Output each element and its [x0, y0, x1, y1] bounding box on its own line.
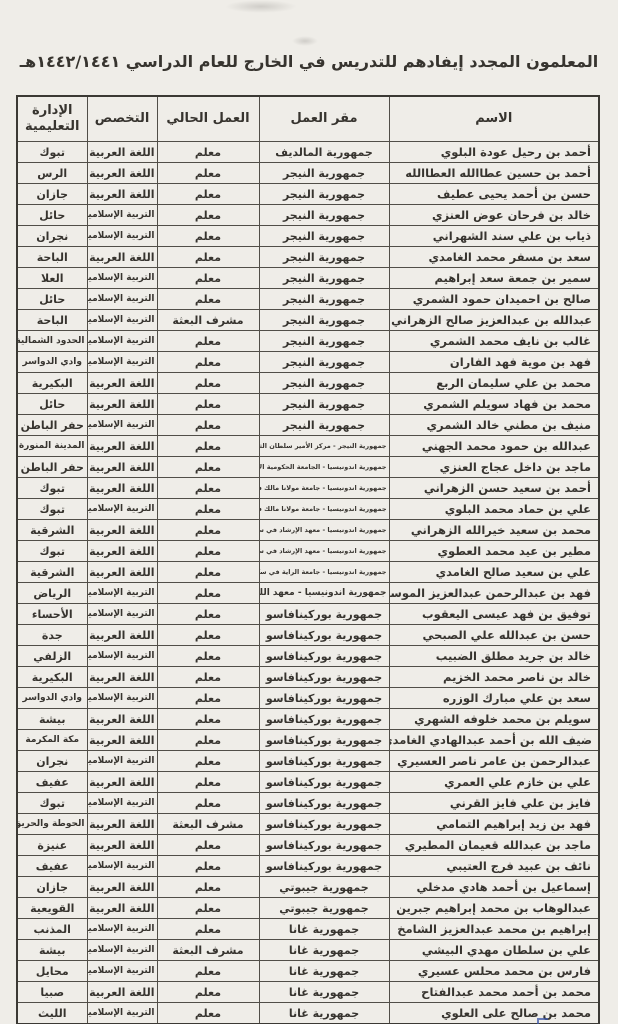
table-row: فهد بن موية فهد الفارانجمهورية النيجرمعل… [17, 352, 599, 373]
cell-edu-admin: المدينة المنورة [17, 436, 87, 457]
cell-name: سمير بن جمعة سعد إبراهيم [389, 268, 599, 289]
cell-specialization: اللغة العربية [87, 982, 157, 1003]
cell-name: سعد بن مسفر محمد الغامدي [389, 247, 599, 268]
cell-current-job: معلم [157, 415, 259, 436]
cell-name: عبدالله بن حمود محمد الجهني [389, 436, 599, 457]
cell-name: عبدالله بن عبدالعزيز صالح الزهراني [389, 310, 599, 331]
cell-edu-admin: وادي الدواسر [17, 688, 87, 709]
cell-name: ماجد بن داخل عجاج العنزي [389, 457, 599, 478]
cell-current-job: مشرف البعثة [157, 310, 259, 331]
table-row: خالد بن ناصر محمد الخزيمجمهورية بوركيناف… [17, 667, 599, 688]
scanned-document-page: { "page": { "title": "المعلمون المجدد إي… [0, 0, 618, 1024]
cell-current-job: معلم [157, 352, 259, 373]
cell-work-location: جمهورية النيجر [259, 184, 389, 205]
cell-work-location: جمهورية بوركينافاسو [259, 835, 389, 856]
cell-edu-admin: نجران [17, 226, 87, 247]
cell-name: فايز بن علي فايز القرني [389, 793, 599, 814]
cell-edu-admin: محايل [17, 961, 87, 982]
teachers-abroad-table: الاسم مقر العمل العمل الحالي التخصص الإد… [16, 95, 600, 1024]
cell-name: عبدالوهاب بن محمد إبراهيم جبرين [389, 898, 599, 919]
cell-specialization: اللغة العربية [87, 709, 157, 730]
cell-edu-admin: جازان [17, 877, 87, 898]
table-row: مطير بن عيد محمد العطويجمهورية اندونيسيا… [17, 541, 599, 562]
cell-edu-admin: حفر الباطن [17, 415, 87, 436]
cell-work-location: جمهورية اندونيسيا - الجامعة الحكومية الإ… [259, 457, 389, 478]
cell-edu-admin: الأحساء [17, 604, 87, 625]
cell-name: فارس بن محمد محلس عسيري [389, 961, 599, 982]
table-row: علي بن حماد محمد البلويجمهورية اندونيسيا… [17, 499, 599, 520]
cell-edu-admin: جازان [17, 184, 87, 205]
cell-specialization: التربية الإسلامية [87, 604, 157, 625]
table-row: عبدالرحمن بن عامر ناصر العسيريجمهورية بو… [17, 751, 599, 772]
cell-work-location: جمهورية النيجر - مركز الأمير سلطان الثقا… [259, 436, 389, 457]
cell-work-location: جمهورية النيجر [259, 352, 389, 373]
cell-specialization: التربية الإسلامية [87, 583, 157, 604]
cell-current-job: معلم [157, 688, 259, 709]
page-title: المعلمون المجدد إيفادهم للتدريس في الخار… [18, 52, 600, 71]
cell-edu-admin: حفر الباطن [17, 457, 87, 478]
cell-work-location: جمهورية النيجر [259, 310, 389, 331]
cell-specialization: اللغة العربية [87, 394, 157, 415]
table-row: سعد بن علي مبارك الوزرهجمهورية بوركينافا… [17, 688, 599, 709]
cell-edu-admin: تبوك [17, 541, 87, 562]
cell-name: عبدالرحمن بن عامر ناصر العسيري [389, 751, 599, 772]
scan-artifact [292, 36, 318, 46]
cell-work-location: جمهورية النيجر [259, 289, 389, 310]
cell-current-job: معلم [157, 982, 259, 1003]
cell-edu-admin: حائل [17, 394, 87, 415]
cell-work-location: جمهورية النيجر [259, 331, 389, 352]
cell-specialization: التربية الإسلامية [87, 688, 157, 709]
cell-edu-admin: نجران [17, 751, 87, 772]
cell-name: خالد بن ناصر محمد الخزيم [389, 667, 599, 688]
column-header-specialization: التخصص [87, 96, 157, 142]
cell-work-location: جمهورية النيجر [259, 415, 389, 436]
cell-edu-admin: الشرقية [17, 520, 87, 541]
cell-name: أحمد بن حسين عطاالله العطاالله [389, 163, 599, 184]
table-row: توفيق بن فهد عيسى اليعقوبجمهورية بوركينا… [17, 604, 599, 625]
cell-work-location: جمهورية بوركينافاسو [259, 751, 389, 772]
table-row: نائف بن عبيد فرج العتيبيجمهورية بوركيناف… [17, 856, 599, 877]
cell-edu-admin: الرياض [17, 583, 87, 604]
cell-current-job: معلم [157, 562, 259, 583]
cell-work-location: جمهورية بوركينافاسو [259, 688, 389, 709]
table-row: سمير بن جمعة سعد إبراهيمجمهورية النيجرمع… [17, 268, 599, 289]
cell-name: منيف بن مطني خالد الشمري [389, 415, 599, 436]
cell-current-job: معلم [157, 1003, 259, 1024]
column-header-current-job: العمل الحالي [157, 96, 259, 142]
cell-current-job: معلم [157, 289, 259, 310]
cell-work-location: جمهورية غانا [259, 1003, 389, 1024]
table-row: إبراهيم بن محمد عبدالعزيز الشامخجمهورية … [17, 919, 599, 940]
cell-name: محمد بن سعيد خيرالله الزهراني [389, 520, 599, 541]
cell-name: علي بن سعيد صالح الغامدي [389, 562, 599, 583]
cell-current-job: معلم [157, 247, 259, 268]
cell-specialization: التربية الإسلامية [87, 268, 157, 289]
cell-work-location: جمهورية بوركينافاسو [259, 793, 389, 814]
cell-edu-admin: الباحة [17, 310, 87, 331]
cell-edu-admin: مكة المكرمة [17, 730, 87, 751]
cell-specialization: التربية الإسلامية [87, 499, 157, 520]
cell-current-job: معلم [157, 268, 259, 289]
cell-specialization: التربية الإسلامية [87, 856, 157, 877]
cell-edu-admin: صبيا [17, 982, 87, 1003]
cell-name: حسن بن عبدالله علي الصبحي [389, 625, 599, 646]
table-row: محمد بن صالح على العلويجمهورية غانامعلما… [17, 1003, 599, 1024]
table-row: أحمد بن سعيد حسن الزهرانيجمهورية اندونيس… [17, 478, 599, 499]
cell-specialization: اللغة العربية [87, 373, 157, 394]
cell-name: سويلم بن محمد خلوفه الشهري [389, 709, 599, 730]
cell-name: غالب بن نايف محمد الشمري [389, 331, 599, 352]
cell-work-location: جمهورية غانا [259, 961, 389, 982]
table-row: حسن بن أحمد يحيى عطيفجمهورية النيجرمعلما… [17, 184, 599, 205]
cell-edu-admin: الرس [17, 163, 87, 184]
cell-current-job: معلم [157, 793, 259, 814]
column-header-name: الاسم [389, 96, 599, 142]
cell-specialization: التربية الإسلامية [87, 751, 157, 772]
cell-current-job: معلم [157, 730, 259, 751]
cell-name: خالد بن فرحان عوض العنزي [389, 205, 599, 226]
cell-specialization: اللغة العربية [87, 436, 157, 457]
cell-work-location: جمهورية بوركينافاسو [259, 856, 389, 877]
cell-name: محمد بن صالح على العلوي [389, 1003, 599, 1024]
cell-name: خالد بن جريد مطلق الضبيب [389, 646, 599, 667]
table-row: خالد بن فرحان عوض العنزيجمهورية النيجرمع… [17, 205, 599, 226]
table-row: سويلم بن محمد خلوفه الشهريجمهورية بوركين… [17, 709, 599, 730]
cell-specialization: التربية الإسلامية [87, 331, 157, 352]
cell-specialization: التربية الإسلامية [87, 961, 157, 982]
cell-work-location: جمهورية النيجر [259, 205, 389, 226]
cell-work-location: جمهورية النيجر [259, 163, 389, 184]
table-row: فهد بن زيد إبراهيم التماميجمهورية بوركين… [17, 814, 599, 835]
cell-current-job: معلم [157, 835, 259, 856]
cell-current-job: معلم [157, 709, 259, 730]
table-row: ماجد بن عبدالله قعيمان المطيريجمهورية بو… [17, 835, 599, 856]
cell-specialization: اللغة العربية [87, 478, 157, 499]
cell-edu-admin: تبوك [17, 793, 87, 814]
cell-edu-admin: بيشة [17, 709, 87, 730]
table-row: غالب بن نايف محمد الشمريجمهورية النيجرمع… [17, 331, 599, 352]
cell-specialization: اللغة العربية [87, 142, 157, 163]
cell-name: علي بن سلطان مهدي البيشي [389, 940, 599, 961]
cell-edu-admin: العلا [17, 268, 87, 289]
cell-current-job: معلم [157, 898, 259, 919]
table-row: أحمد بن حسين عطاالله العطااللهجمهورية ال… [17, 163, 599, 184]
cell-specialization: اللغة العربية [87, 625, 157, 646]
cell-edu-admin: المذنب [17, 919, 87, 940]
table-row: محمد بن علي سليمان الربعجمهورية النيجرمع… [17, 373, 599, 394]
cell-edu-admin: عفيف [17, 856, 87, 877]
cell-current-job: معلم [157, 163, 259, 184]
cell-specialization: اللغة العربية [87, 541, 157, 562]
table-row: علي بن خازم علي العمريجمهورية بوركينافاس… [17, 772, 599, 793]
scan-artifact [225, 0, 297, 13]
cell-name: إبراهيم بن محمد عبدالعزيز الشامخ [389, 919, 599, 940]
header-row: الاسم مقر العمل العمل الحالي التخصص الإد… [17, 96, 599, 142]
cell-name: أحمد بن سعيد حسن الزهراني [389, 478, 599, 499]
cell-edu-admin: الزلفي [17, 646, 87, 667]
cell-name: توفيق بن فهد عيسى اليعقوب [389, 604, 599, 625]
cell-specialization: اللغة العربية [87, 562, 157, 583]
table-row: أحمد بن رحيل عودة البلويجمهورية المالديف… [17, 142, 599, 163]
cell-name: محمد بن فهاد سويلم الشمري [389, 394, 599, 415]
cell-current-job: معلم [157, 625, 259, 646]
cell-work-location: جمهورية النيجر [259, 226, 389, 247]
cell-current-job: معلم [157, 856, 259, 877]
cell-specialization: التربية الإسلامية [87, 310, 157, 331]
table-row: محمد بن أحمد محمد عبدالفتاحجمهورية غانام… [17, 982, 599, 1003]
cell-current-job: معلم [157, 667, 259, 688]
cell-current-job: معلم [157, 142, 259, 163]
table-body: أحمد بن رحيل عودة البلويجمهورية المالديف… [17, 142, 599, 1024]
cell-work-location: جمهورية بوركينافاسو [259, 772, 389, 793]
cell-name: فهد بن عبدالرحمن عبدالعزيز الموسى [389, 583, 599, 604]
table-row: محمد بن سعيد خيرالله الزهرانيجمهورية اند… [17, 520, 599, 541]
table-row: منيف بن مطني خالد الشمريجمهورية النيجرمع… [17, 415, 599, 436]
cell-edu-admin: البكيرية [17, 667, 87, 688]
cell-work-location: جمهورية بوركينافاسو [259, 646, 389, 667]
cell-edu-admin: حائل [17, 205, 87, 226]
cell-work-location: جمهورية اندونيسيا - معهد الإرشاد في سلات… [259, 541, 389, 562]
cell-specialization: اللغة العربية [87, 898, 157, 919]
cell-name: حسن بن أحمد يحيى عطيف [389, 184, 599, 205]
cell-edu-admin: وادي الدواسر [17, 352, 87, 373]
cell-current-job: معلم [157, 604, 259, 625]
cell-specialization: اللغة العربية [87, 730, 157, 751]
cell-edu-admin: تبوك [17, 499, 87, 520]
cell-specialization: التربية الإسلامية [87, 289, 157, 310]
cell-edu-admin: تبوك [17, 142, 87, 163]
cell-edu-admin: حائل [17, 289, 87, 310]
cell-edu-admin: الحوطة والحريق [17, 814, 87, 835]
cell-name: أحمد بن رحيل عودة البلوي [389, 142, 599, 163]
cell-work-location: جمهورية النيجر [259, 247, 389, 268]
cell-specialization: التربية الإسلامية [87, 205, 157, 226]
table-row: خالد بن جريد مطلق الضبيبجمهورية بوركيناف… [17, 646, 599, 667]
cell-edu-admin: تبوك [17, 478, 87, 499]
cell-work-location: جمهورية بوركينافاسو [259, 625, 389, 646]
cell-edu-admin: الشرقية [17, 562, 87, 583]
cell-work-location: جمهورية جيبوتي [259, 898, 389, 919]
column-header-work-location: مقر العمل [259, 96, 389, 142]
cell-specialization: اللغة العربية [87, 457, 157, 478]
cell-edu-admin: الباحة [17, 247, 87, 268]
table-row: حسن بن عبدالله علي الصبحيجمهورية بوركينا… [17, 625, 599, 646]
table-row: ذياب بن علي سند الشهرانيجمهورية النيجرمع… [17, 226, 599, 247]
cell-current-job: معلم [157, 499, 259, 520]
table-row: علي بن سعيد صالح الغامديجمهورية اندونيسي… [17, 562, 599, 583]
cell-current-job: معلم [157, 184, 259, 205]
cell-work-location: جمهورية غانا [259, 919, 389, 940]
table-row: عبدالله بن حمود محمد الجهنيجمهورية النيج… [17, 436, 599, 457]
cell-name: إسماعيل بن أحمد هادي مدخلي [389, 877, 599, 898]
cell-current-job: معلم [157, 373, 259, 394]
cell-specialization: اللغة العربية [87, 184, 157, 205]
table-row: سعد بن مسفر محمد الغامديجمهورية النيجرمع… [17, 247, 599, 268]
cell-work-location: جمهورية بوركينافاسو [259, 709, 389, 730]
cell-current-job: معلم [157, 226, 259, 247]
table-row: ماجد بن داخل عجاج العنزيجمهورية اندونيسي… [17, 457, 599, 478]
cell-current-job: معلم [157, 751, 259, 772]
cell-specialization: اللغة العربية [87, 835, 157, 856]
cell-current-job: معلم [157, 478, 259, 499]
cell-work-location: جمهورية اندونيسيا - جامعة مولانا مالك في… [259, 499, 389, 520]
cell-current-job: معلم [157, 772, 259, 793]
cell-current-job: معلم [157, 457, 259, 478]
cell-name: سعد بن علي مبارك الوزره [389, 688, 599, 709]
cell-name: علي بن حماد محمد البلوي [389, 499, 599, 520]
cell-work-location: جمهورية اندونيسيا - معهد الإرشاد في سلات… [259, 520, 389, 541]
table-row: عبدالله بن عبدالعزيز صالح الزهرانيجمهوري… [17, 310, 599, 331]
cell-work-location: جمهورية بوركينافاسو [259, 604, 389, 625]
cell-specialization: اللغة العربية [87, 814, 157, 835]
cell-current-job: معلم [157, 877, 259, 898]
table-row: فايز بن علي فايز القرنيجمهورية بوركينافا… [17, 793, 599, 814]
cell-work-location: جمهورية اندونيسيا - معهد اللغات [259, 583, 389, 604]
table-row: صالح بن احميدان حمود الشمريجمهورية النيج… [17, 289, 599, 310]
cell-specialization: اللغة العربية [87, 520, 157, 541]
table-row: عبدالوهاب بن محمد إبراهيم جبرينجمهورية ج… [17, 898, 599, 919]
cell-current-job: معلم [157, 331, 259, 352]
cell-specialization: التربية الإسلامية [87, 415, 157, 436]
table-row: فارس بن محمد محلس عسيريجمهورية غانامعلما… [17, 961, 599, 982]
cell-work-location: جمهورية غانا [259, 982, 389, 1003]
cell-specialization: التربية الإسلامية [87, 1003, 157, 1024]
cell-edu-admin: البكيرية [17, 373, 87, 394]
cell-edu-admin: الليث [17, 1003, 87, 1024]
cell-work-location: جمهورية بوركينافاسو [259, 667, 389, 688]
cell-specialization: اللغة العربية [87, 772, 157, 793]
cell-name: ضيف الله بن أحمد عبدالهادي الغامدي [389, 730, 599, 751]
table-row: إسماعيل بن أحمد هادي مدخليجمهورية جيبوتي… [17, 877, 599, 898]
cell-current-job: معلم [157, 205, 259, 226]
cell-specialization: اللغة العربية [87, 247, 157, 268]
table-row: فهد بن عبدالرحمن عبدالعزيز الموسىجمهورية… [17, 583, 599, 604]
cell-name: محمد بن علي سليمان الربع [389, 373, 599, 394]
cell-current-job: مشرف البعثة [157, 940, 259, 961]
cell-current-job: معلم [157, 961, 259, 982]
cell-current-job: معلم [157, 436, 259, 457]
cell-current-job: معلم [157, 394, 259, 415]
cell-edu-admin: جدة [17, 625, 87, 646]
cell-name: نائف بن عبيد فرج العتيبي [389, 856, 599, 877]
cell-work-location: جمهورية النيجر [259, 394, 389, 415]
cell-current-job: مشرف البعثة [157, 814, 259, 835]
cell-work-location: جمهورية بوركينافاسو [259, 814, 389, 835]
table-row: محمد بن فهاد سويلم الشمريجمهورية النيجرم… [17, 394, 599, 415]
cell-work-location: جمهورية اندونيسيا - جامعة مولانا مالك في… [259, 478, 389, 499]
cell-work-location: جمهورية المالديف [259, 142, 389, 163]
cell-name: ذياب بن علي سند الشهراني [389, 226, 599, 247]
cell-name: فهد بن زيد إبراهيم التمامي [389, 814, 599, 835]
cell-work-location: جمهورية النيجر [259, 373, 389, 394]
cell-current-job: معلم [157, 583, 259, 604]
cell-work-location: جمهورية النيجر [259, 268, 389, 289]
cell-current-job: معلم [157, 520, 259, 541]
cell-name: فهد بن موية فهد الفاران [389, 352, 599, 373]
cell-specialization: التربية الإسلامية [87, 793, 157, 814]
cell-name: علي بن خازم علي العمري [389, 772, 599, 793]
cell-work-location: جمهورية اندونيسيا - جامعة الراية في سكاب… [259, 562, 389, 583]
cell-name: محمد بن أحمد محمد عبدالفتاح [389, 982, 599, 1003]
column-header-edu-admin: الإدارة التعليمية [17, 96, 87, 142]
cell-work-location: جمهورية غانا [259, 940, 389, 961]
cell-edu-admin: عنيزة [17, 835, 87, 856]
cell-specialization: التربية الإسلامية [87, 352, 157, 373]
cell-current-job: معلم [157, 646, 259, 667]
cell-specialization: التربية الإسلامية [87, 646, 157, 667]
cell-specialization: اللغة العربية [87, 667, 157, 688]
cell-specialization: اللغة العربية [87, 163, 157, 184]
cell-specialization: اللغة العربية [87, 877, 157, 898]
cell-edu-admin: القويعية [17, 898, 87, 919]
cell-specialization: التربية الإسلامية [87, 226, 157, 247]
cell-current-job: معلم [157, 541, 259, 562]
cell-name: ماجد بن عبدالله قعيمان المطيري [389, 835, 599, 856]
cell-specialization: التربية الإسلامية [87, 919, 157, 940]
cell-name: صالح بن احميدان حمود الشمري [389, 289, 599, 310]
table-row: ضيف الله بن أحمد عبدالهادي الغامديجمهوري… [17, 730, 599, 751]
cell-work-location: جمهورية جيبوتي [259, 877, 389, 898]
cell-specialization: التربية الإسلامية [87, 940, 157, 961]
cell-edu-admin: عفيف [17, 772, 87, 793]
cell-edu-admin: الحدود الشمالية [17, 331, 87, 352]
cell-current-job: معلم [157, 919, 259, 940]
cell-edu-admin: بيشة [17, 940, 87, 961]
cell-name: مطير بن عيد محمد العطوي [389, 541, 599, 562]
table-row: علي بن سلطان مهدي البيشيجمهورية غانامشرف… [17, 940, 599, 961]
cell-work-location: جمهورية بوركينافاسو [259, 730, 389, 751]
